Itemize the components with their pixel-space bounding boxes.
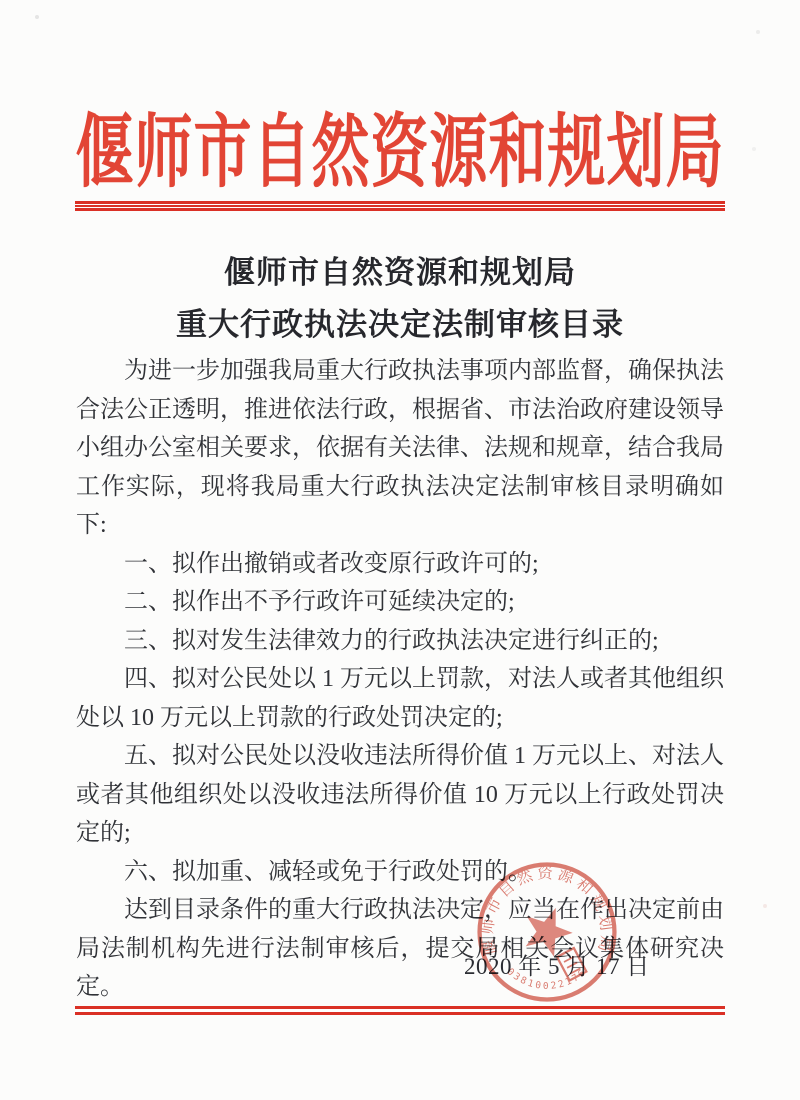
list-item-4: 四、拟对公民处以 1 万元以上罚款，对法人或者其他组织处以 10 万元以上罚款的… <box>76 660 724 737</box>
list-item-3: 三、拟对发生法律效力的行政执法决定进行纠正的; <box>76 622 724 661</box>
list-item-6: 六、拟加重、减轻或免于行政处罚的。 <box>76 853 724 892</box>
document-title-line1: 偃师市自然资源和规划局 <box>0 247 800 299</box>
footer-divider-line <box>75 1006 725 1015</box>
intro-paragraph: 为进一步加强我局重大行政执法事项内部监督，确保执法合法公正透明，推进依法行政，根… <box>76 352 724 545</box>
document-page: 偃师市自然资源和规划局 偃师市自然资源和规划局 重大行政执法决定法制审核目录 为… <box>0 0 800 1100</box>
document-body: 为进一步加强我局重大行政执法事项内部监督，确保执法合法公正透明，推进依法行政，根… <box>76 352 724 1007</box>
document-title: 偃师市自然资源和规划局 重大行政执法决定法制审核目录 <box>0 247 800 351</box>
letterhead-agency-name: 偃师市自然资源和规划局 <box>0 112 800 195</box>
list-item-1: 一、拟作出撤销或者改变原行政许可的; <box>76 545 724 584</box>
letterhead-divider-line <box>75 201 725 211</box>
list-item-5: 五、拟对公民处以没收违法所得价值 1 万元以上、对法人或者其他组织处以没收违法所… <box>76 737 724 853</box>
scan-artifacts <box>0 0 2 2</box>
document-title-line2: 重大行政执法决定法制审核目录 <box>0 299 800 351</box>
document-date: 2020 年 5 月 17 日 <box>464 948 650 981</box>
list-item-2: 二、拟作出不予行政许可延续决定的; <box>76 583 724 622</box>
